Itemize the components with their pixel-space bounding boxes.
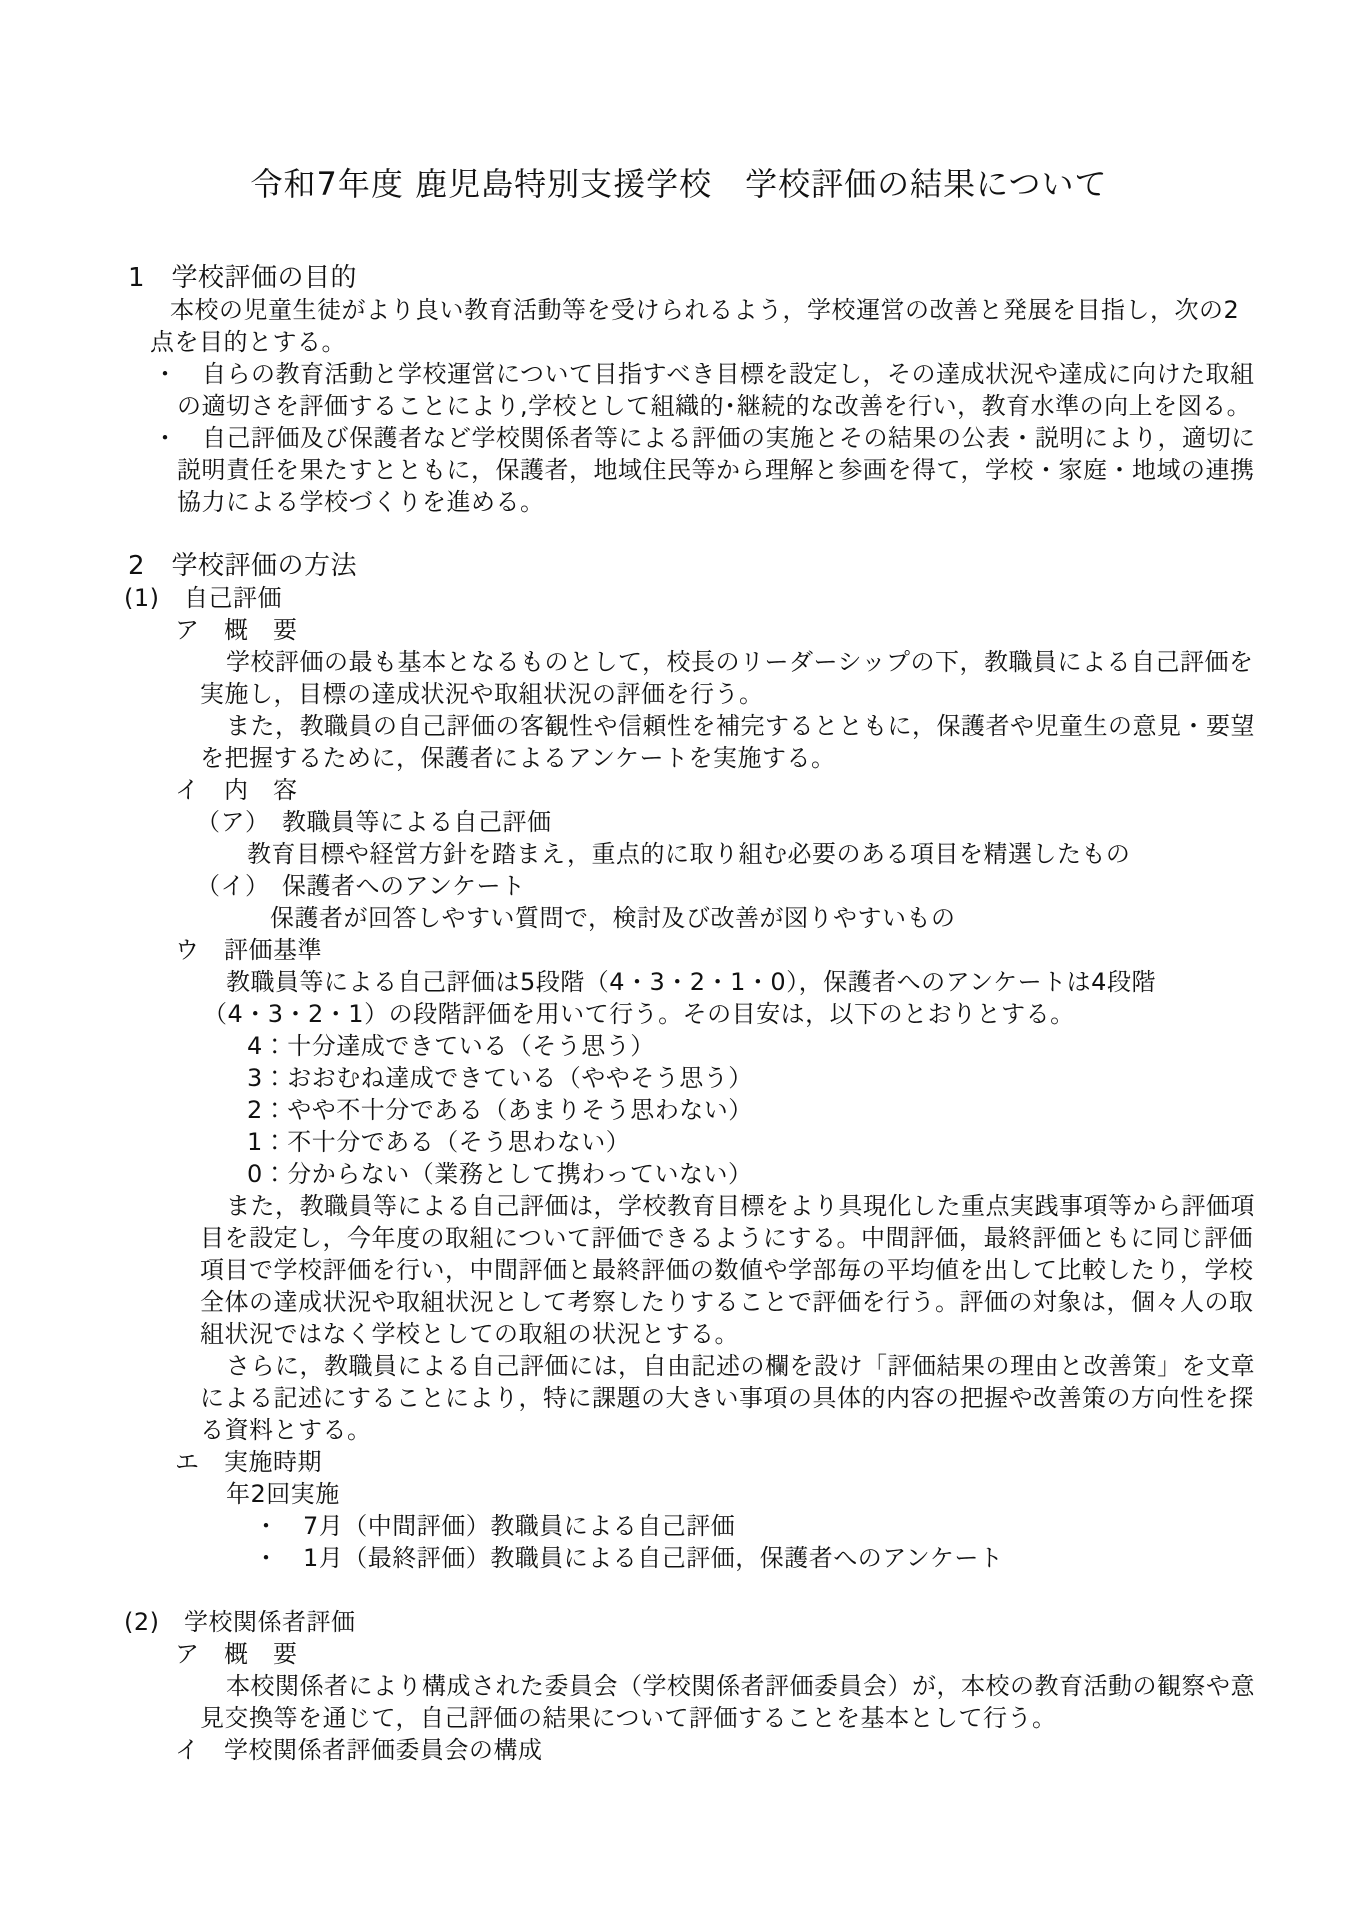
subsection-1-heading: (1) 自己評価 — [0, 582, 1358, 614]
doc-line: 見交換等を通じて，自己評価の結果について評価することを基本として行う。 — [0, 1702, 1358, 1734]
blank-line — [0, 518, 1358, 550]
doc-line: 保護者が回答しやすい質問で，検討及び改善が図りやすいもの — [0, 902, 1358, 934]
doc-line: 年2回実施 — [0, 1478, 1358, 1510]
doc-body: 1 学校評価の目的 本校の児童生徒がより良い教育活動等を受けられるよう，学校運営… — [0, 262, 1358, 1766]
doc-line: 協力による学校づくりを進める。 — [0, 486, 1358, 518]
doc-line: 説明責任を果たすとともに，保護者，地域住民等から理解と参画を得て，学校・家庭・地… — [0, 454, 1358, 486]
item-e-heading: エ 実施時期 — [0, 1446, 1358, 1478]
item-i-heading: イ 学校関係者評価委員会の構成 — [0, 1734, 1358, 1766]
doc-title: 令和7年度 鹿児島特別支援学校 学校評価の結果について — [0, 166, 1358, 202]
sub-item-a-heading: （ア） 教職員等による自己評価 — [0, 806, 1358, 838]
doc-line: 組状況ではなく学校としての取組の状況とする。 — [0, 1318, 1358, 1350]
doc-line: 全体の達成状況や取組状況として考察したりすることで評価を行う。評価の対象は，個々… — [0, 1286, 1358, 1318]
doc-line: 教職員等による自己評価は5段階（4・3・2・1・0），保護者へのアンケートは4段… — [0, 966, 1358, 998]
doc-line: る資料とする。 — [0, 1414, 1358, 1446]
doc-line: 点を目的とする。 — [0, 326, 1358, 358]
document-page: 令和7年度 鹿児島特別支援学校 学校評価の結果について 1 学校評価の目的 本校… — [0, 0, 1358, 1920]
item-a-heading: ア 概 要 — [0, 1638, 1358, 1670]
doc-line: による記述にすることにより，特に課題の大きい事項の具体的内容の把握や改善策の方向… — [0, 1382, 1358, 1414]
rating-scale-line: 4：十分達成できている（そう思う） — [0, 1030, 1358, 1062]
item-i-heading: イ 内 容 — [0, 774, 1358, 806]
rating-scale-line: 3：おおむね達成できている（ややそう思う） — [0, 1062, 1358, 1094]
blank-line — [0, 1574, 1358, 1606]
doc-line: 本校関係者により構成された委員会（学校関係者評価委員会）が，本校の教育活動の観察… — [0, 1670, 1358, 1702]
doc-line: （4・3・2・1）の段階評価を用いて行う。その目安は，以下のとおりとする。 — [0, 998, 1358, 1030]
doc-line-bullet: ・ 自らの教育活動と学校運営について目指すべき目標を設定し，その達成状況や達成に… — [0, 358, 1358, 390]
doc-line: 実施し，目標の達成状況や取組状況の評価を行う。 — [0, 678, 1358, 710]
doc-line: の適切さを評価することにより,学校として組織的･継続的な改善を行い，教育水準の向… — [0, 390, 1358, 422]
rating-scale-line: 1：不十分である（そう思わない） — [0, 1126, 1358, 1158]
item-a-heading: ア 概 要 — [0, 614, 1358, 646]
sub-item-i-heading: （イ） 保護者へのアンケート — [0, 870, 1358, 902]
rating-scale-line: 0：分からない（業務として携わっていない） — [0, 1158, 1358, 1190]
doc-line: さらに，教職員による自己評価には，自由記述の欄を設け「評価結果の理由と改善策」を… — [0, 1350, 1358, 1382]
item-u-heading: ウ 評価基準 — [0, 934, 1358, 966]
subsection-2-heading: (2) 学校関係者評価 — [0, 1606, 1358, 1638]
section-1-heading: 1 学校評価の目的 — [0, 262, 1358, 294]
doc-line-bullet: ・ 7月（中間評価）教職員による自己評価 — [0, 1510, 1358, 1542]
doc-line-bullet: ・ 自己評価及び保護者など学校関係者等による評価の実施とその結果の公表・説明によ… — [0, 422, 1358, 454]
doc-line: 目を設定し，今年度の取組について評価できるようにする。中間評価，最終評価ともに同… — [0, 1222, 1358, 1254]
doc-line: を把握するために，保護者によるアンケートを実施する。 — [0, 742, 1358, 774]
rating-scale-line: 2：やや不十分である（あまりそう思わない） — [0, 1094, 1358, 1126]
doc-line: 項目で学校評価を行い，中間評価と最終評価の数値や学部毎の平均値を出して比較したり… — [0, 1254, 1358, 1286]
doc-line: 本校の児童生徒がより良い教育活動等を受けられるよう，学校運営の改善と発展を目指し… — [0, 294, 1358, 326]
doc-line: 学校評価の最も基本となるものとして，校長のリーダーシップの下，教職員による自己評… — [0, 646, 1358, 678]
doc-line: 教育目標や経営方針を踏まえ，重点的に取り組む必要のある項目を精選したもの — [0, 838, 1358, 870]
doc-line: また，教職員等による自己評価は，学校教育目標をより具現化した重点実践事項等から評… — [0, 1190, 1358, 1222]
doc-line: また，教職員の自己評価の客観性や信頼性を補完するとともに，保護者や児童生の意見・… — [0, 710, 1358, 742]
section-2-heading: 2 学校評価の方法 — [0, 550, 1358, 582]
doc-line-bullet: ・ 1月（最終評価）教職員による自己評価，保護者へのアンケート — [0, 1542, 1358, 1574]
